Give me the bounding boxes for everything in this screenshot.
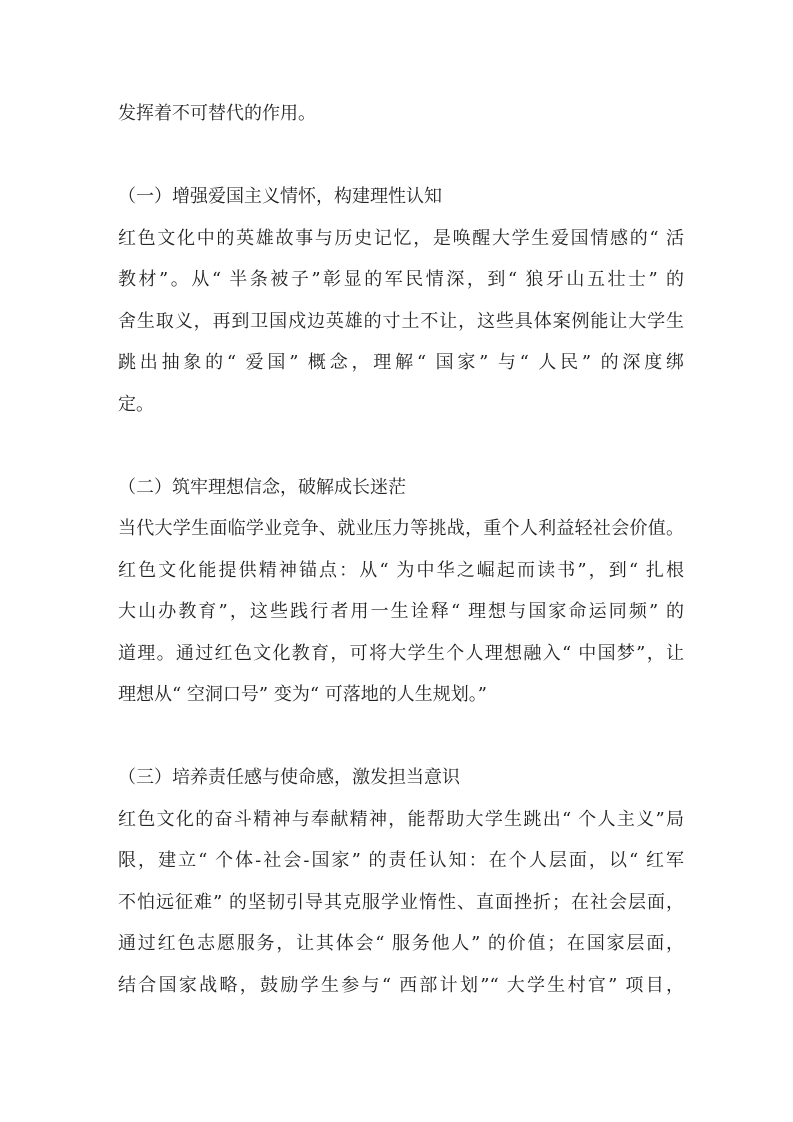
document-page: 发挥着不可替代的作用。（一）增强爱国主义情怀，构建理性认知红色文化中的英雄故事与… xyxy=(118,93,684,1006)
text-line: 红色文化的奋斗精神与奉献精神，能帮助大学生跳出“ 个人主义”局 xyxy=(118,799,684,841)
text-line: 通过红色志愿服务，让其体会“ 服务他人” 的价值；在国家层面， xyxy=(118,923,684,965)
text-line: 定。 xyxy=(118,384,684,426)
blank-line xyxy=(118,716,684,758)
text-line: 理想从“ 空洞口号” 变为“ 可落地的人生规划。” xyxy=(118,674,684,716)
section-heading: （一）增强爱国主义情怀，构建理性认知 xyxy=(118,176,684,218)
blank-line xyxy=(118,135,684,177)
text-line: 不怕远征难” 的坚韧引导其克服学业惰性、直面挫折；在社会层面， xyxy=(118,882,684,924)
text-line: 限，建立“ 个体-社会-国家” 的责任认知：在个人层面，以“ 红军 xyxy=(118,840,684,882)
text-line: 发挥着不可替代的作用。 xyxy=(118,93,684,135)
text-line: 当代大学生面临学业竞争、就业压力等挑战，重个人利益轻社会价值。 xyxy=(118,508,684,550)
text-line: 舍生取义，再到卫国戍边英雄的寸土不让，这些具体案例能让大学生 xyxy=(118,301,684,343)
text-line: 道理。通过红色文化教育，可将大学生个人理想融入“ 中国梦”，让 xyxy=(118,633,684,675)
text-line: 红色文化能提供精神锚点：从“ 为中华之崛起而读书”，到“ 扎根 xyxy=(118,550,684,592)
text-line: 大山办教育”，这些践行者用一生诠释“ 理想与国家命运同频” 的 xyxy=(118,591,684,633)
text-line: 跳出抽象的“ 爱国” 概念，理解“ 国家” 与“ 人民” 的深度绑 xyxy=(118,342,684,384)
text-line: 红色文化中的英雄故事与历史记忆，是唤醒大学生爱国情感的“ 活 xyxy=(118,218,684,260)
section-heading: （三）培养责任感与使命感，激发担当意识 xyxy=(118,757,684,799)
blank-line xyxy=(118,425,684,467)
text-line: 结合国家战略，鼓励学生参与“ 西部计划”“ 大学生村官” 项目， xyxy=(118,965,684,1007)
section-heading: （二）筑牢理想信念，破解成长迷茫 xyxy=(118,467,684,509)
text-line: 教材”。从“ 半条被子”彰显的军民情深，到“ 狼牙山五壮士” 的 xyxy=(118,259,684,301)
